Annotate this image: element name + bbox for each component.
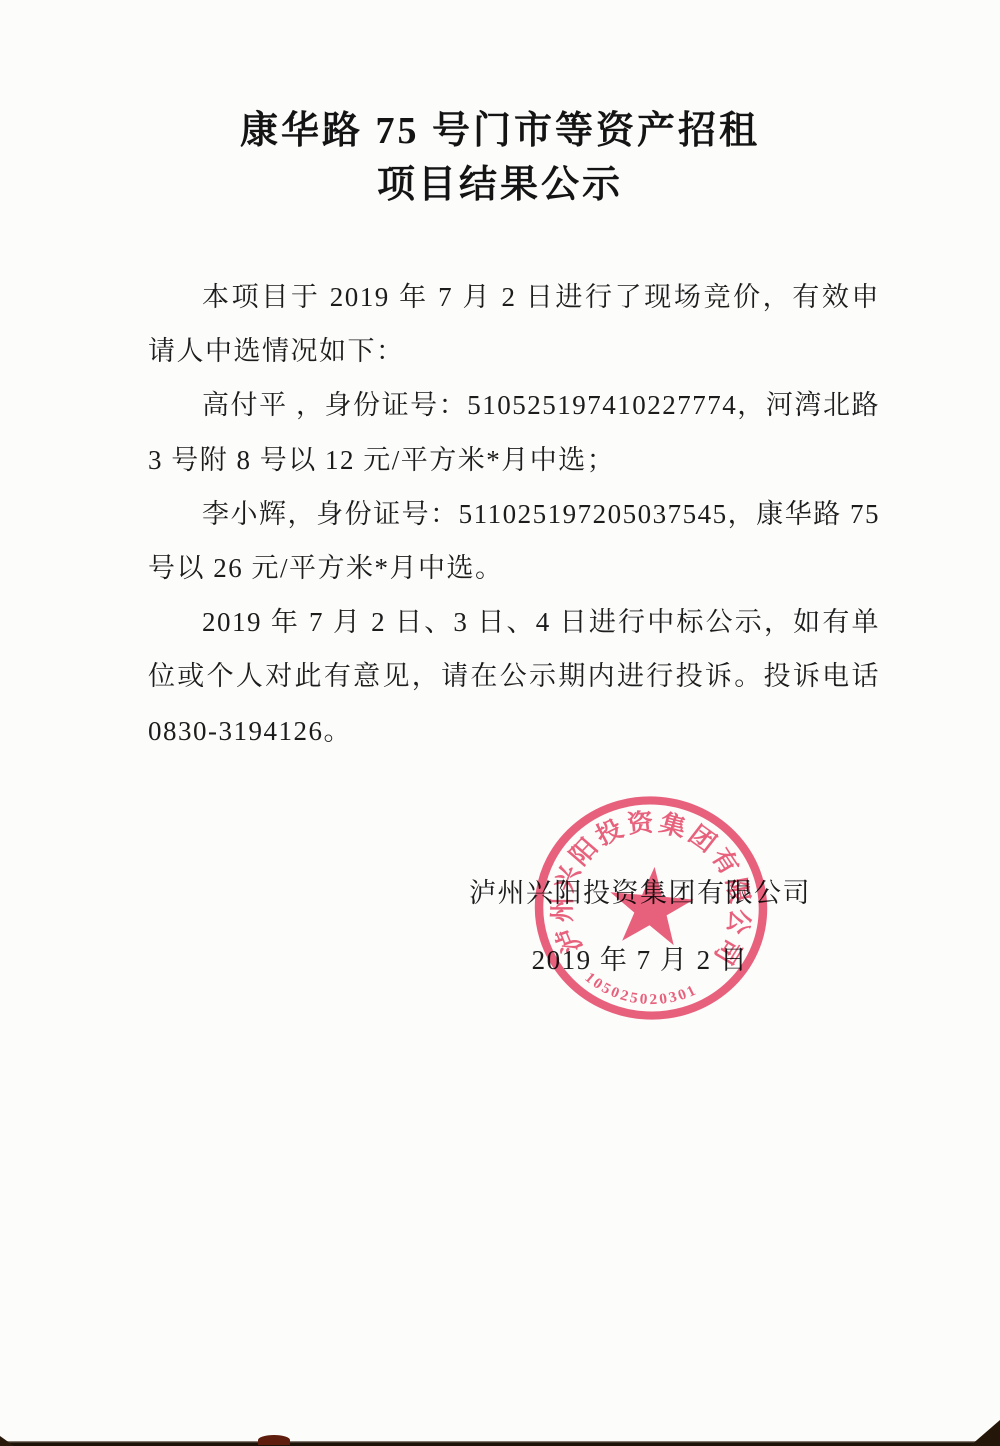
paragraph-winner-1: 高付平 ，身份证号：510525197410227774，河湾北路 3 号附 8… bbox=[148, 378, 880, 486]
signature-block: 泸州兴阳投资集团有限公司 2019 年 7 月 2 日 bbox=[440, 866, 840, 987]
scan-artifact-stain bbox=[258, 1435, 290, 1445]
document-title-line1: 康华路 75 号门市等资产招租 bbox=[240, 110, 760, 152]
signature-company-name: 泸州兴阳投资集团有限公司 bbox=[440, 866, 840, 920]
document-title: 康华路 75 号门市等资产招租 项目结果公示 bbox=[0, 104, 1000, 212]
scanned-document: { "title": { "line1": "康华路 75 号门市等资产招租",… bbox=[0, 0, 1000, 1446]
document-title-line2: 项目结果公示 bbox=[377, 164, 623, 206]
paragraph-notice: 2019 年 7 月 2 日、3 日、4 日进行中标公示，如有单位或个人对此有意… bbox=[148, 595, 880, 758]
paragraph-winner-2: 李小辉，身份证号：511025197205037545，康华路 75 号以 26… bbox=[148, 487, 880, 595]
paragraph-intro: 本项目于 2019 年 7 月 2 日进行了现场竞价，有效申请人中选情况如下： bbox=[148, 270, 880, 378]
document-body: 本项目于 2019 年 7 月 2 日进行了现场竞价，有效申请人中选情况如下： … bbox=[148, 270, 880, 758]
signature-date: 2019 年 7 月 2 日 bbox=[440, 933, 840, 987]
scan-artifact-bottom-edge bbox=[0, 1441, 1000, 1446]
